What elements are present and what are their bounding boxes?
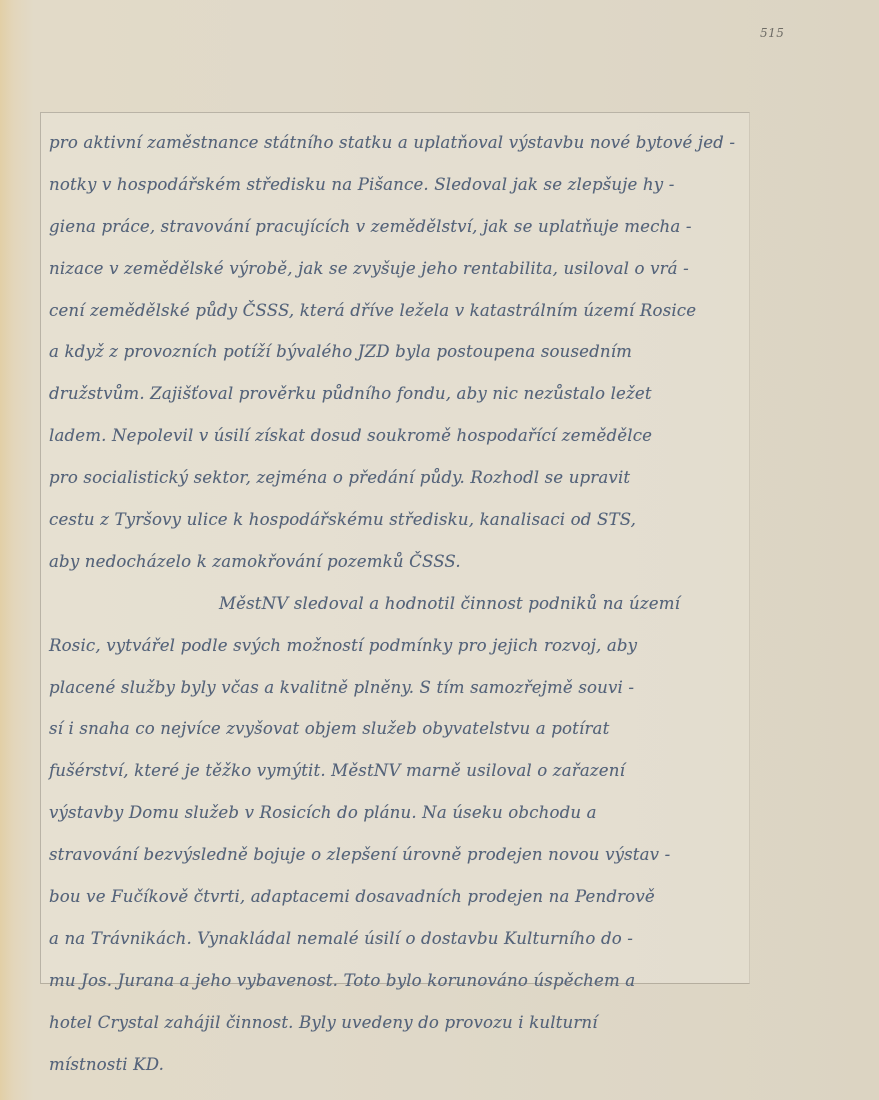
paragraph-start-line: MěstNV sledoval a hodnotil činnost podni… <box>49 584 745 626</box>
text-line: hotel Crystal zahájil činnost. Byly uved… <box>49 1003 745 1045</box>
text-line: fušérství, které je těžko vymýtit. MěstN… <box>49 751 745 793</box>
text-line: pro socialistický sektor, zejména o před… <box>49 458 745 500</box>
text-line: placené služby byly včas a kvalitně plně… <box>49 668 745 710</box>
text-frame: pro aktivní zaměstnance státního statku … <box>40 112 750 984</box>
text-line: pro aktivní zaměstnance státního statku … <box>49 123 745 165</box>
text-line: družstvům. Zajišťoval prověrku půdního f… <box>49 374 745 416</box>
text-line: místnosti KD. <box>49 1045 745 1087</box>
text-line: bou ve Fučíkově čtvrti, adaptacemi dosav… <box>49 877 745 919</box>
text-line: Rosic, vytvářel podle svých možností pod… <box>49 626 745 668</box>
text-line: stravování bezvýsledně bojuje o zlepšení… <box>49 835 745 877</box>
text-line: aby nedocházelo k zamokřování pozemků ČS… <box>49 542 745 584</box>
text-line: ladem. Nepolevil v úsilí získat dosud so… <box>49 416 745 458</box>
text-line: notky v hospodářském středisku na Pišanc… <box>49 165 745 207</box>
text-line: a na Trávnikách. Vynakládal nemalé úsilí… <box>49 919 745 961</box>
text-line: sí i snaha co nejvíce zvyšovat objem slu… <box>49 709 745 751</box>
text-line: nizace v zemědělské výrobě, jak se zvyšu… <box>49 249 745 291</box>
text-line: cení zemědělské půdy ČSSS, která dříve l… <box>49 291 745 333</box>
page-number: 515 <box>760 26 784 40</box>
text-line: mu Jos. Jurana a jeho vybavenost. Toto b… <box>49 961 745 1003</box>
handwritten-text-block: pro aktivní zaměstnance státního statku … <box>49 123 745 1086</box>
text-line: cestu z Tyršovy ulice k hospodářskému st… <box>49 500 745 542</box>
text-line: giena práce, stravování pracujících v ze… <box>49 207 745 249</box>
text-line: a když z provozních potíží bývalého JZD … <box>49 332 745 374</box>
text-line: výstavby Domu služeb v Rosicích do plánu… <box>49 793 745 835</box>
